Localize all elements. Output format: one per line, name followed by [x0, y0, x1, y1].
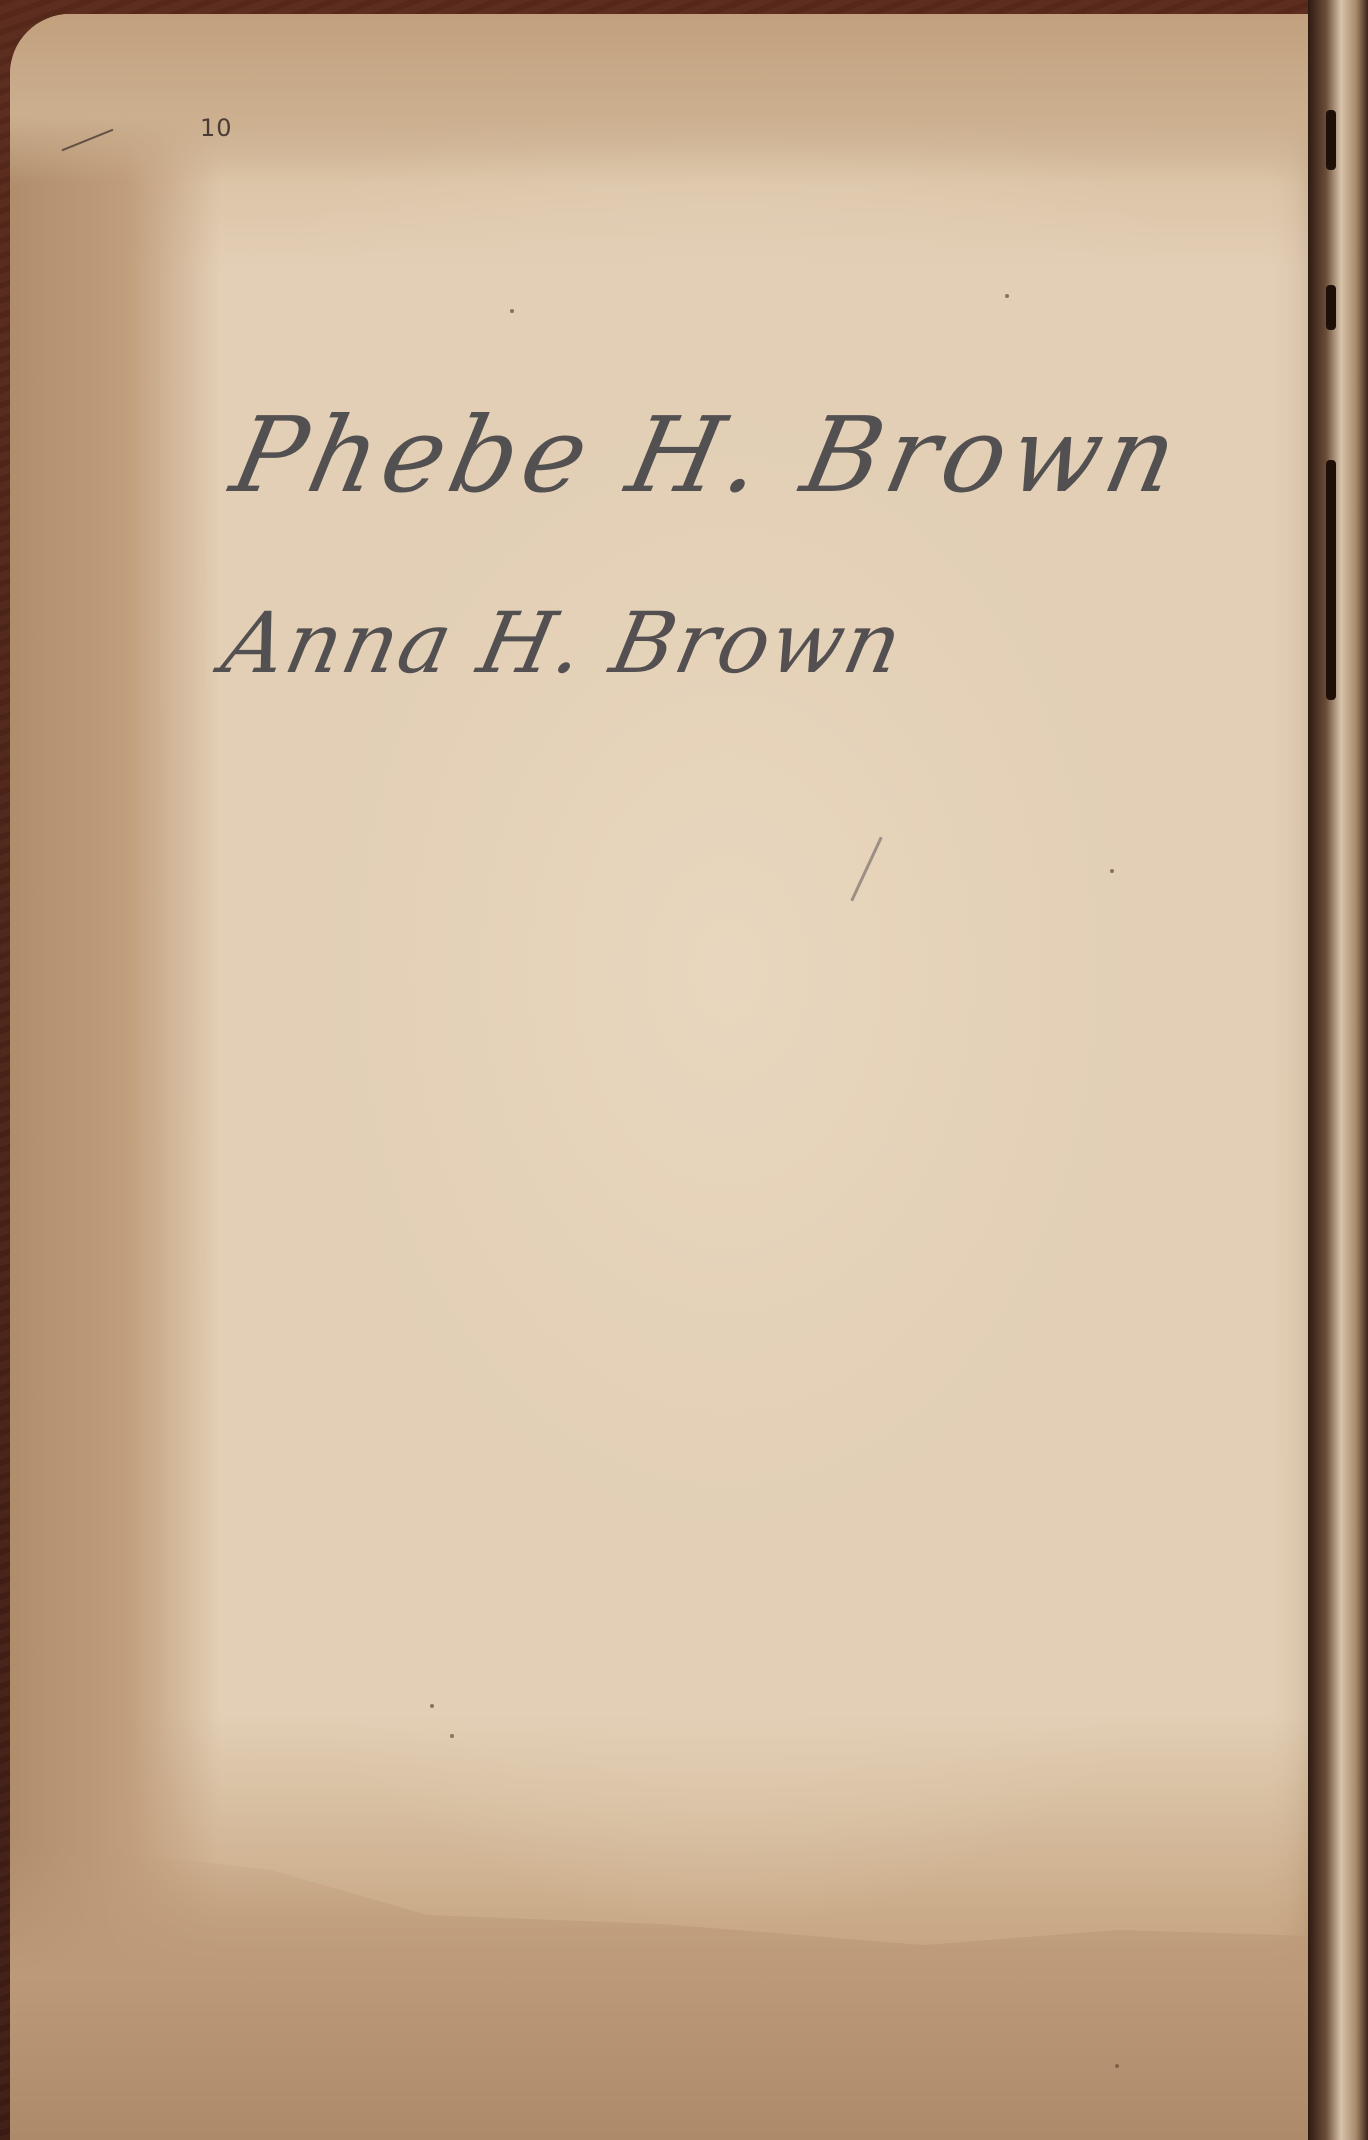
water-stain-top	[10, 14, 1315, 184]
binding-tear	[1326, 460, 1336, 700]
book-spine-gutter	[1308, 0, 1368, 2140]
page-number: 10	[200, 114, 233, 142]
binding-tear	[1326, 285, 1336, 330]
book-page: 10 Phebe H. Brown Anna H. Brown	[10, 14, 1315, 2140]
paper-speck	[450, 1734, 454, 1738]
inscription-anna-brown: Anna H. Brown	[215, 594, 913, 692]
paper-speck	[430, 1704, 434, 1708]
binding-tear	[1326, 110, 1336, 170]
paper-speck	[1110, 869, 1114, 873]
water-stain-left	[10, 14, 220, 2140]
pencil-stroke-mark	[850, 837, 882, 902]
inscription-phebe-brown: Phebe H. Brown	[222, 394, 1193, 516]
paper-speck	[1005, 294, 1009, 298]
paper-speck	[510, 309, 514, 313]
water-stain-bottom	[10, 1840, 1315, 2140]
paper-speck	[1115, 2064, 1119, 2068]
